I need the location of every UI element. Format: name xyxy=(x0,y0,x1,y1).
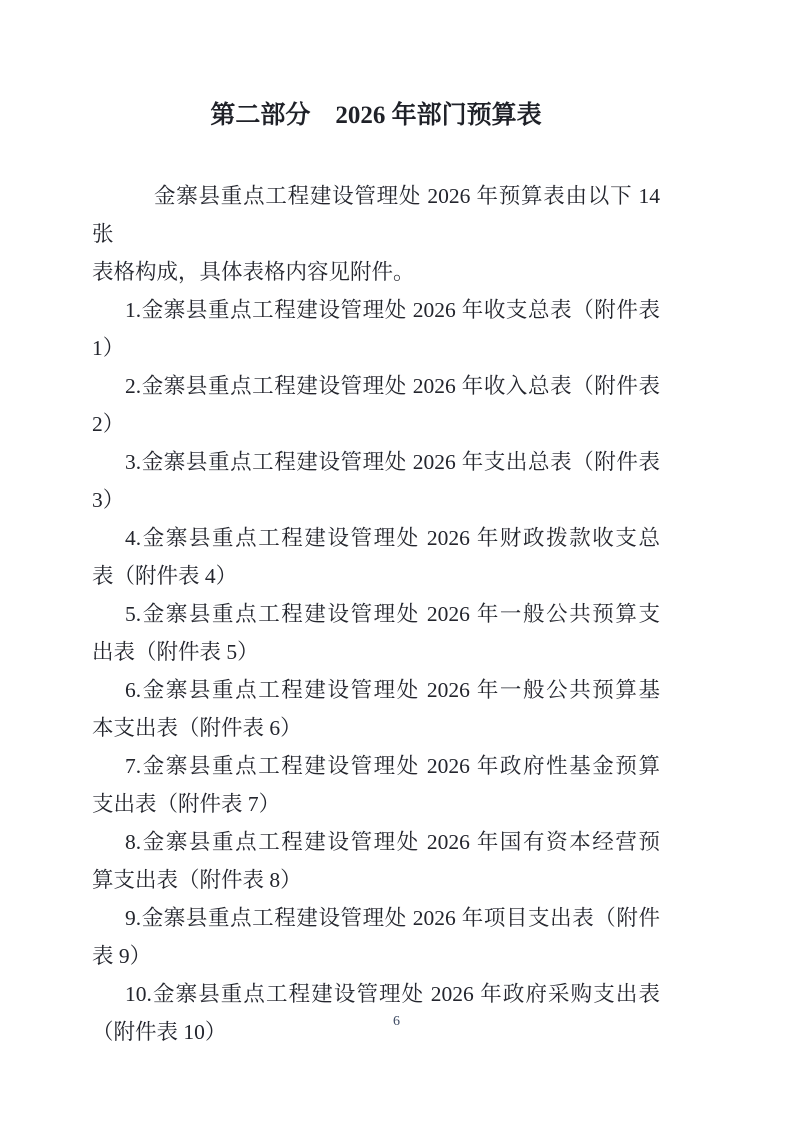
list-item-6: 6.金寨县重点工程建设管理处 2026 年一般公共预算基本支出表（附件表 6） xyxy=(92,671,660,747)
list-item-4: 4.金寨县重点工程建设管理处 2026 年财政拨款收支总表（附件表 4） xyxy=(92,519,660,595)
text-line: 10.金寨县重点工程建设管理处 2026 年政府采购支出表 xyxy=(92,975,660,1013)
list-item-5: 5.金寨县重点工程建设管理处 2026 年一般公共预算支出表（附件表 5） xyxy=(92,595,660,671)
text-line: 3） xyxy=(92,481,660,519)
list-item-9: 9.金寨县重点工程建设管理处 2026 年项目支出表（附件表 9） xyxy=(92,899,660,975)
text-line: 支出表（附件表 7） xyxy=(92,785,660,823)
document-page: 第二部分 2026 年部门预算表 金寨县重点工程建设管理处 2026 年预算表由… xyxy=(0,0,793,1122)
text-line: 2） xyxy=(92,405,660,443)
text-line: 本支出表（附件表 6） xyxy=(92,709,660,747)
page-title: 第二部分 2026 年部门预算表 xyxy=(92,96,660,136)
list-item-7: 7.金寨县重点工程建设管理处 2026 年政府性基金预算支出表（附件表 7） xyxy=(92,747,660,823)
text-line: 出表（附件表 5） xyxy=(92,633,660,671)
list-item-2: 2.金寨县重点工程建设管理处 2026 年收入总表（附件表2） xyxy=(92,367,660,443)
intro-paragraph: 金寨县重点工程建设管理处 2026 年预算表由以下 14 张表格构成，具体表格内… xyxy=(92,177,660,291)
document-body: 金寨县重点工程建设管理处 2026 年预算表由以下 14 张表格构成，具体表格内… xyxy=(92,177,660,1051)
text-line: 2.金寨县重点工程建设管理处 2026 年收入总表（附件表 xyxy=(92,367,660,405)
text-line: 1） xyxy=(92,329,660,367)
text-line: 金寨县重点工程建设管理处 2026 年预算表由以下 14 张 xyxy=(92,177,660,253)
text-line: 6.金寨县重点工程建设管理处 2026 年一般公共预算基 xyxy=(92,671,660,709)
text-line: 4.金寨县重点工程建设管理处 2026 年财政拨款收支总 xyxy=(92,519,660,557)
page-number: 6 xyxy=(0,1012,793,1032)
text-line: 5.金寨县重点工程建设管理处 2026 年一般公共预算支 xyxy=(92,595,660,633)
text-line: 8.金寨县重点工程建设管理处 2026 年国有资本经营预 xyxy=(92,823,660,861)
list-item-3: 3.金寨县重点工程建设管理处 2026 年支出总表（附件表3） xyxy=(92,443,660,519)
text-line: 1.金寨县重点工程建设管理处 2026 年收支总表（附件表 xyxy=(92,291,660,329)
text-line: 3.金寨县重点工程建设管理处 2026 年支出总表（附件表 xyxy=(92,443,660,481)
text-line: 表（附件表 4） xyxy=(92,557,660,595)
text-line: 表 9） xyxy=(92,937,660,975)
text-line: 表格构成，具体表格内容见附件。 xyxy=(92,253,660,291)
list-item-8: 8.金寨县重点工程建设管理处 2026 年国有资本经营预算支出表（附件表 8） xyxy=(92,823,660,899)
text-line: 算支出表（附件表 8） xyxy=(92,861,660,899)
list-item-1: 1.金寨县重点工程建设管理处 2026 年收支总表（附件表1） xyxy=(92,291,660,367)
text-line: 7.金寨县重点工程建设管理处 2026 年政府性基金预算 xyxy=(92,747,660,785)
text-line: 9.金寨县重点工程建设管理处 2026 年项目支出表（附件 xyxy=(92,899,660,937)
